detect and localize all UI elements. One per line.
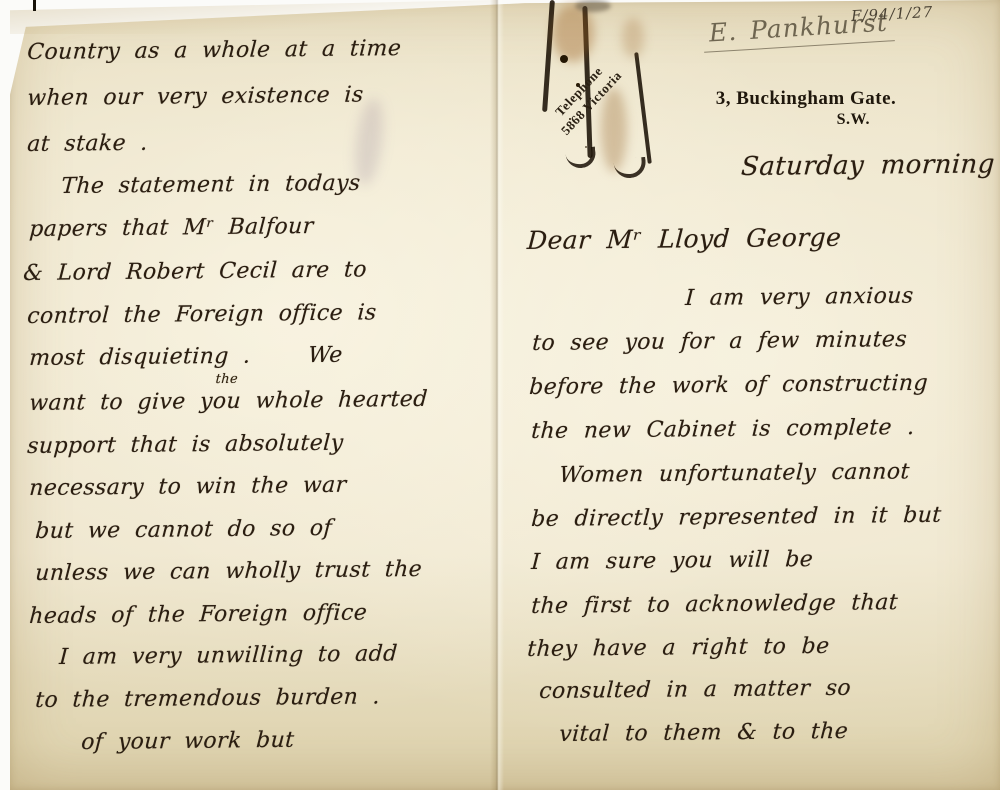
handwritten-line: they have a right to be [527,634,831,662]
handwritten-line: papers that Mʳ Balfour [29,214,315,242]
handwritten-line: to see you for a few minutes [532,327,908,356]
handwritten-line: unless we can wholly trust the [35,557,423,586]
handwritten-line: vital to them & to the [559,719,849,747]
inserted-word-above-line: the [215,372,238,387]
handwritten-line: before the work of constructing [529,371,929,400]
handwritten-line: when our very existence is [27,82,365,111]
letterhead-street: 3, Buckingham Gate. [716,88,897,109]
handwritten-line: Country as a whole at a time [27,36,402,65]
handwritten-line: I am sure you will be [531,547,814,575]
handwritten-line: The statement in todays [61,171,362,199]
date-line: Saturday morning [740,149,995,182]
ink-spots [560,55,568,63]
handwritten-line: to the tremendous burden . [35,684,381,713]
handwritten-line: Women unfortunately cannot [559,459,911,488]
handwritten-line: want to give you whole hearted [29,387,429,416]
handwritten-line: at stake . [27,131,149,157]
edge-ink-tick [33,0,36,11]
handwritten-line: the first to acknowledge that [531,590,899,619]
handwritten-line: & Lord Robert Cecil are to [23,257,368,286]
edge-smudge [575,0,611,12]
letterhead-district: S.W. [668,111,944,129]
handwritten-line: but we cannot do so of [35,516,333,544]
handwritten-line: be directly represented in it but [531,503,943,532]
handwritten-line: support that is absolutely [27,431,345,459]
letterhead-address: 3, Buckingham Gate. S.W. [668,88,944,129]
handwritten-line: heads of the Foreign office [29,600,368,629]
paper-edge-shadow [10,0,496,34]
salutation-line: Dear Mʳ Lloyd George [526,223,842,255]
handwritten-line: most disquieting . We [29,343,344,371]
center-fold-crease [490,0,504,790]
handwritten-line: of your work but [81,728,296,755]
handwritten-line: necessary to win the war [29,473,348,501]
handwritten-line: I am very anxious [685,284,915,311]
handwritten-line: control the Foreign office is [27,300,378,329]
handwritten-line: consulted in a matter so [539,676,852,704]
handwritten-line: I am very unwilling to add [59,641,399,670]
rust-stain [552,4,594,62]
handwritten-line: the new Cabinet is complete . [531,415,916,444]
